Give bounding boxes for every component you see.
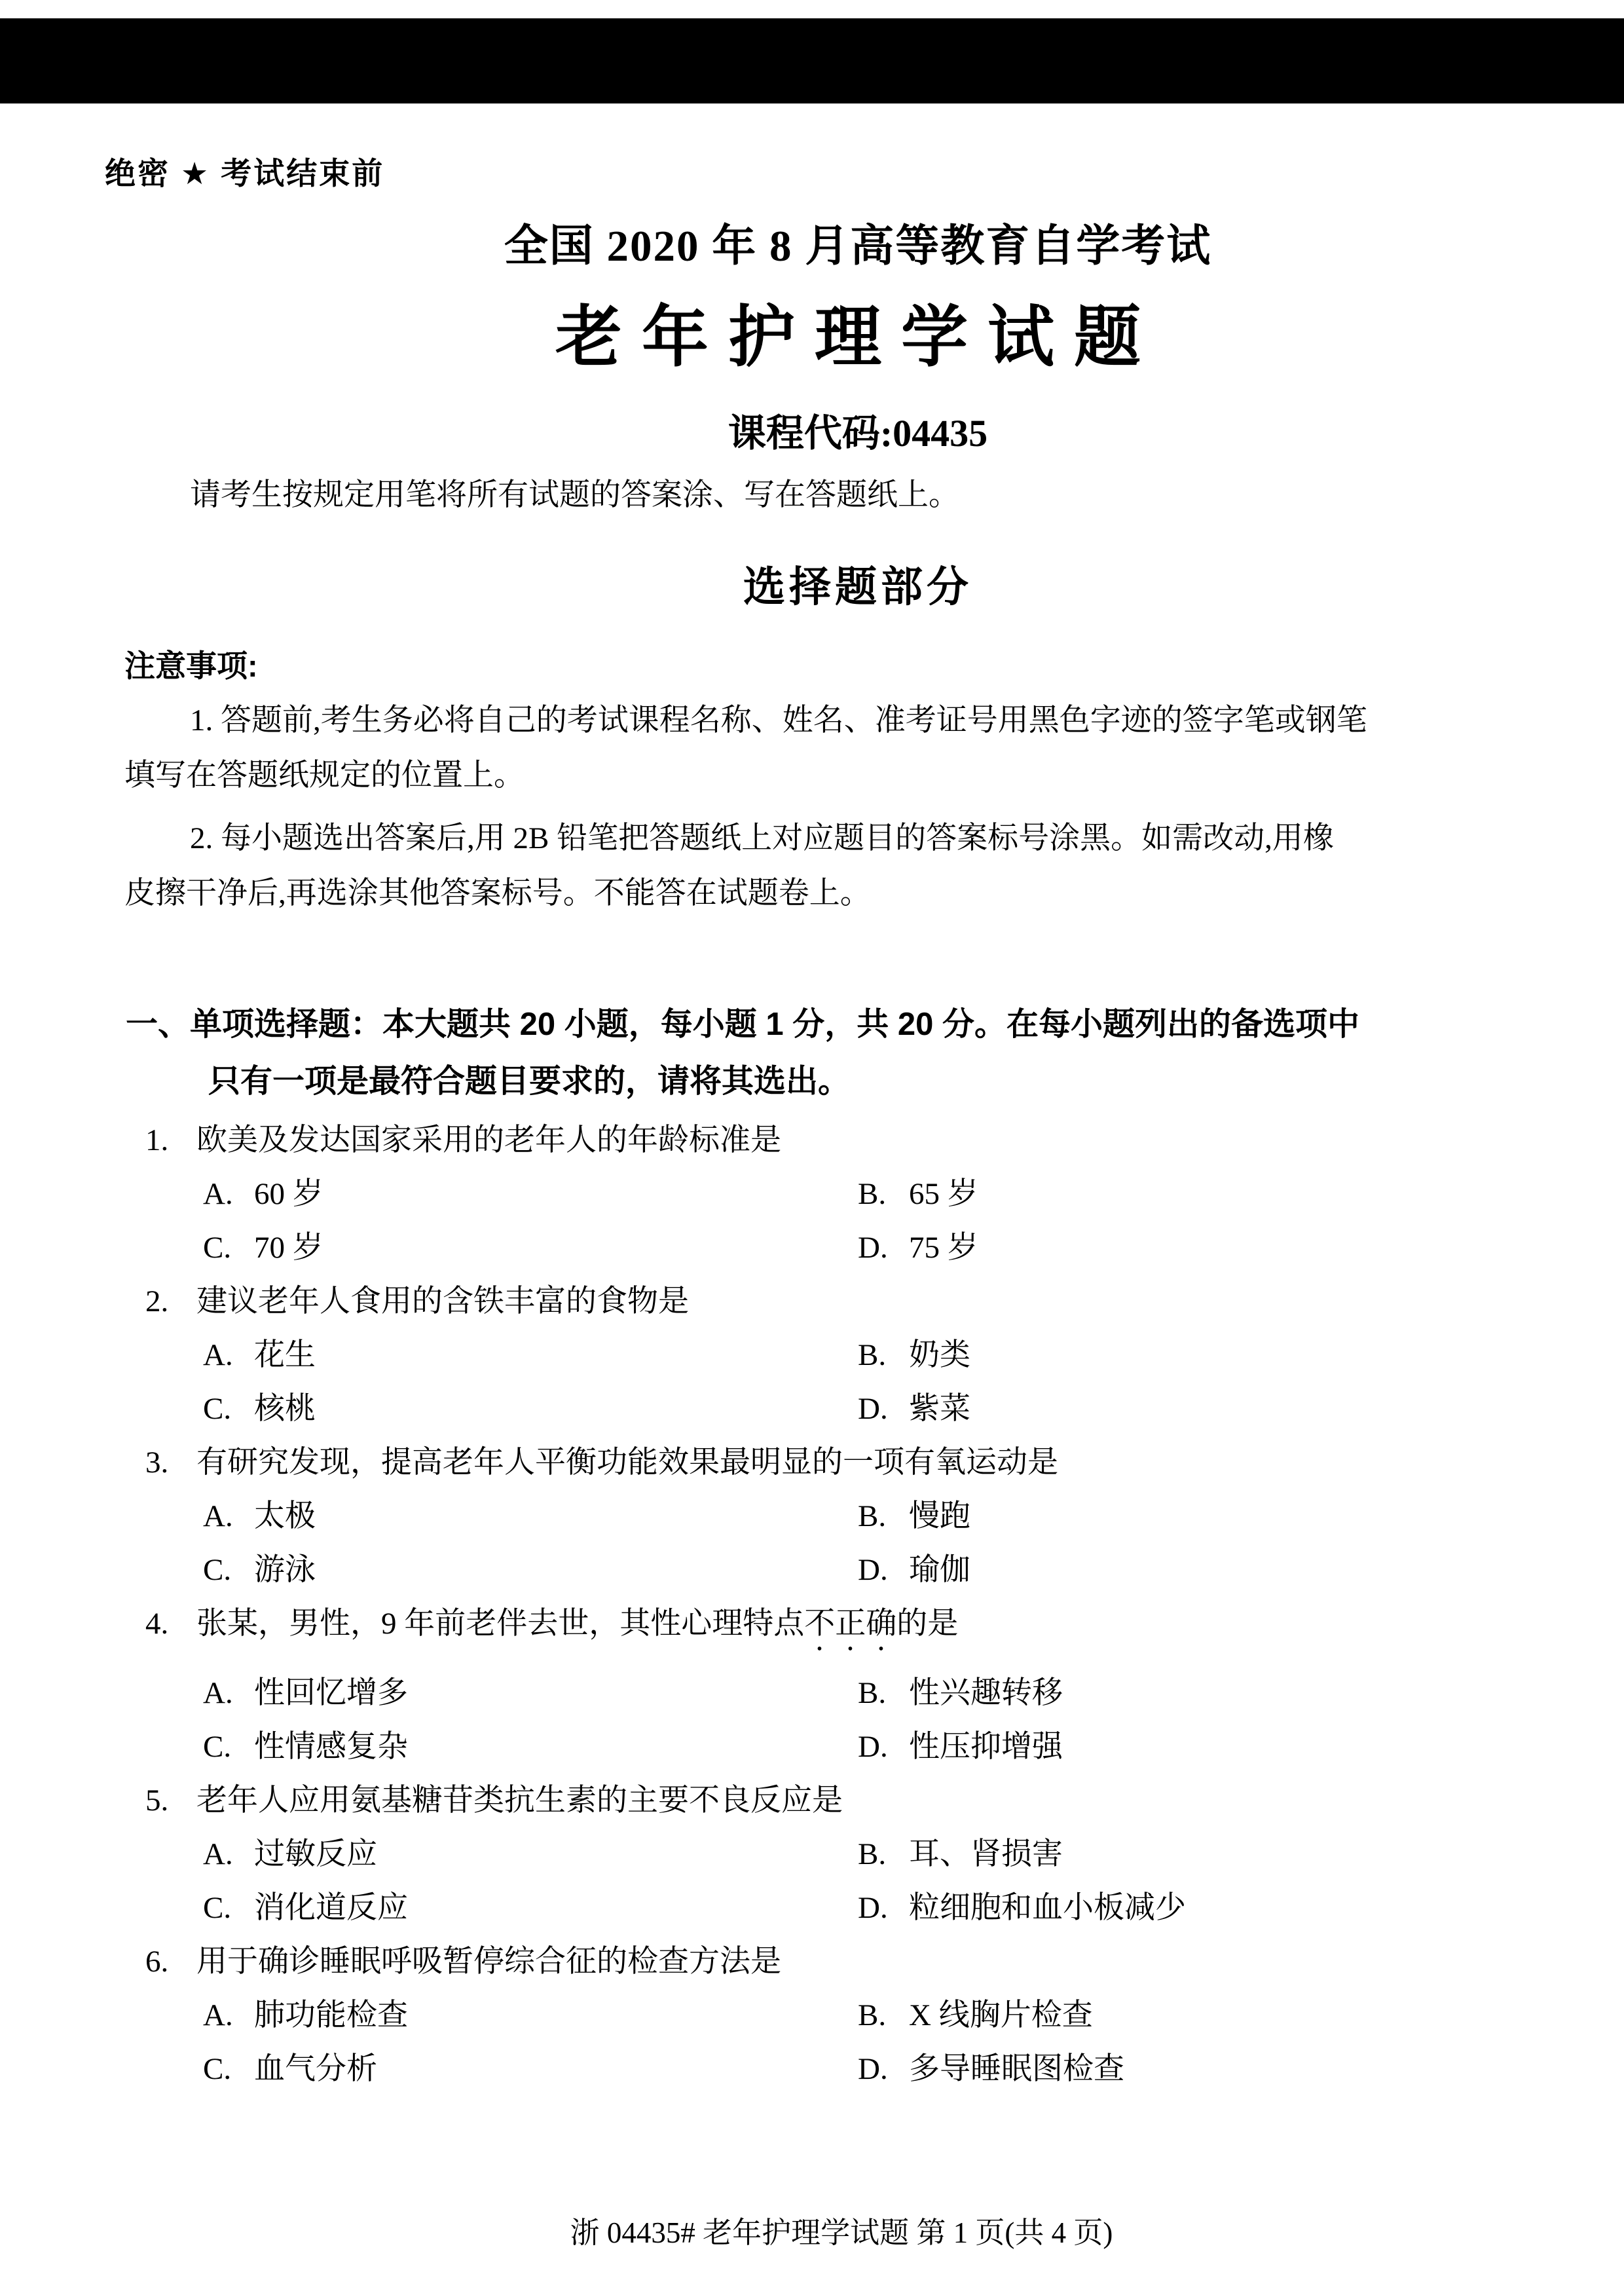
question-number: 4. <box>145 1597 196 1651</box>
option-text: 70 岁 <box>254 1231 323 1265</box>
question-number: 2. <box>145 1275 196 1328</box>
classified-label: 绝密 ★ 考试结束前 <box>105 149 384 193</box>
notice-2-line-2: 皮擦干净后,再选涂其他答案标号。不能答在试题卷上。 <box>124 868 871 912</box>
option-text: 性压抑增强 <box>909 1730 1063 1764</box>
option: A.花生 <box>203 1328 858 1382</box>
option-row: A.花生 B.奶类 <box>0 1328 1624 1382</box>
option-label: A. <box>203 1489 254 1543</box>
option: B.X 线胸片检查 <box>858 1988 1093 2042</box>
question-stem: 老年人应用氨基糖苷类抗生素的主要不良反应是 <box>196 1783 843 1818</box>
option: A.性回忆增多 <box>203 1666 858 1720</box>
question-stem-suffix: 的是 <box>896 1607 958 1641</box>
option: C.消化道反应 <box>203 1881 858 1935</box>
option-text: 血气分析 <box>254 2052 377 2086</box>
notice-1-line-2: 填写在答题纸规定的位置上。 <box>124 751 525 794</box>
option-row: C.70 岁 D.75 岁 <box>0 1221 1624 1275</box>
option: D.性压抑增强 <box>858 1720 1063 1774</box>
option: C.性情感复杂 <box>203 1720 858 1774</box>
option-label: A. <box>203 1666 254 1720</box>
question-item: 2.建议老年人食用的含铁丰富的食物是 A.花生 B.奶类 C.核桃 D.紫菜 <box>0 1275 1624 1436</box>
question-stem: 建议老年人食用的含铁丰富的食物是 <box>196 1284 689 1318</box>
option-text: 性兴趣转移 <box>909 1676 1063 1710</box>
question-text: 1.欧美及发达国家采用的老年人的年龄标准是 <box>0 1113 1624 1167</box>
option-label: D. <box>858 1382 909 1436</box>
option-text: 肺功能检查 <box>254 1998 408 2032</box>
part-title: 选择题部分 <box>0 553 1624 614</box>
section-heading-line-2: 只有一项是最符合题目要求的，请将其选出。 <box>208 1056 850 1102</box>
option-row: C.游泳 D.瑜伽 <box>0 1543 1624 1597</box>
option-label: B. <box>858 1489 909 1543</box>
option-text: X 线胸片检查 <box>909 1998 1093 2032</box>
top-black-bar <box>0 18 1624 103</box>
option-text: 消化道反应 <box>254 1891 408 1925</box>
option: B.耳、肾损害 <box>858 1827 1063 1881</box>
question-text: 4.张某，男性，9 年前老伴去世，其性心理特点不正确的是 <box>0 1597 1624 1651</box>
option: D.紫菜 <box>858 1382 970 1436</box>
option-text: 多导睡眠图检查 <box>909 2052 1124 2086</box>
option-text: 瑜伽 <box>909 1553 970 1587</box>
question-number: 6. <box>145 1935 196 1988</box>
option: A.60 岁 <box>203 1167 858 1221</box>
option: D.瑜伽 <box>858 1543 970 1597</box>
option-label: D. <box>858 1881 909 1935</box>
option: B.性兴趣转移 <box>858 1666 1063 1720</box>
course-code: 课程代码:04435 <box>92 402 1624 457</box>
option-label: C. <box>203 2042 254 2096</box>
option-text: 奶类 <box>909 1338 970 1372</box>
option-text: 粒细胞和血小板减少 <box>909 1891 1186 1925</box>
option-text: 耳、肾损害 <box>909 1837 1063 1871</box>
option-row: A.60 岁 B.65 岁 <box>0 1167 1624 1221</box>
option-label: C. <box>203 1221 254 1275</box>
option-label: D. <box>858 2042 909 2096</box>
option-row: C.核桃 D.紫菜 <box>0 1382 1624 1436</box>
option-row: C.消化道反应 D.粒细胞和血小板减少 <box>0 1881 1624 1935</box>
question-text: 5.老年人应用氨基糖苷类抗生素的主要不良反应是 <box>0 1774 1624 1827</box>
option-label: B. <box>858 1167 909 1221</box>
option: C.游泳 <box>203 1543 858 1597</box>
option-text: 紫菜 <box>909 1392 970 1426</box>
option-label: D. <box>858 1221 909 1275</box>
option: C.70 岁 <box>203 1221 858 1275</box>
option: C.血气分析 <box>203 2042 858 2096</box>
question-stem: 用于确诊睡眠呼吸暂停综合征的检查方法是 <box>196 1945 781 1979</box>
question-number: 1. <box>145 1113 196 1167</box>
page-footer: 浙 04435# 老年护理学试题 第 1 页(共 4 页) <box>0 2209 1624 2251</box>
exam-page: 绝密 ★ 考试结束前 全国 2020 年 8 月高等教育自学考试 老年护理学试题… <box>0 0 1624 2276</box>
option-text: 花生 <box>254 1338 316 1372</box>
option: A.肺功能检查 <box>203 1988 858 2042</box>
question-text: 2.建议老年人食用的含铁丰富的食物是 <box>0 1275 1624 1328</box>
option-label: A. <box>203 1827 254 1881</box>
option-row: A.肺功能检查 B.X 线胸片检查 <box>0 1988 1624 2042</box>
option-text: 性回忆增多 <box>254 1676 408 1710</box>
option-text: 60 岁 <box>254 1177 323 1211</box>
option-label: C. <box>203 1720 254 1774</box>
question-item: 4.张某，男性，9 年前老伴去世，其性心理特点不正确的是 A.性回忆增多 B.性… <box>0 1597 1624 1774</box>
option-row: C.性情感复杂 D.性压抑增强 <box>0 1720 1624 1774</box>
question-item: 3.有研究发现，提高老年人平衡功能效果最明显的一项有氧运动是 A.太极 B.慢跑… <box>0 1436 1624 1597</box>
notice-2-line-1: 2. 每小题选出答案后,用 2B 铅笔把答题纸上对应题目的答案标号涂黑。如需改动… <box>190 813 1334 857</box>
option: D.粒细胞和血小板减少 <box>858 1881 1186 1935</box>
notice-1-line-1: 1. 答题前,考生务必将自己的考试课程名称、姓名、准考证号用黑色字迹的签字笔或钢… <box>190 696 1367 739</box>
option-text: 慢跑 <box>909 1499 970 1533</box>
option-row: A.过敏反应 B.耳、肾损害 <box>0 1827 1624 1881</box>
question-item: 6.用于确诊睡眠呼吸暂停综合征的检查方法是 A.肺功能检查 B.X 线胸片检查 … <box>0 1935 1624 2096</box>
option-label: B. <box>858 1988 909 2042</box>
option: C.核桃 <box>203 1382 858 1436</box>
option-text: 太极 <box>254 1499 316 1533</box>
option: B.慢跑 <box>858 1489 970 1543</box>
option: D.75 岁 <box>858 1221 978 1275</box>
option-label: A. <box>203 1988 254 2042</box>
option-row: A.性回忆增多 B.性兴趣转移 <box>0 1666 1624 1720</box>
option-text: 核桃 <box>254 1392 316 1426</box>
option-text: 75 岁 <box>909 1231 978 1265</box>
section-heading-line-1: 一、单项选择题：本大题共 20 小题，每小题 1 分，共 20 分。在每小题列出… <box>126 999 1359 1045</box>
notice-heading: 注意事项: <box>124 642 258 686</box>
option-label: C. <box>203 1881 254 1935</box>
option-label: B. <box>858 1328 909 1382</box>
question-text: 6.用于确诊睡眠呼吸暂停综合征的检查方法是 <box>0 1935 1624 1988</box>
option: B.65 岁 <box>858 1167 978 1221</box>
option-label: C. <box>203 1543 254 1597</box>
option-text: 游泳 <box>254 1553 316 1587</box>
option-label: B. <box>858 1666 909 1720</box>
question-stem: 张某，男性，9 年前老伴去世，其性心理特点 <box>196 1607 804 1641</box>
question-text: 3.有研究发现，提高老年人平衡功能效果最明显的一项有氧运动是 <box>0 1436 1624 1489</box>
question-number: 5. <box>145 1774 196 1827</box>
question-stem: 欧美及发达国家采用的老年人的年龄标准是 <box>196 1123 781 1157</box>
answer-sheet-note: 请考生按规定用笔将所有试题的答案涂、写在答题纸上。 <box>0 470 1624 514</box>
option: B.奶类 <box>858 1328 970 1382</box>
exam-subject-title: 老年护理学试题 <box>92 284 1624 380</box>
option-label: D. <box>858 1543 909 1597</box>
question-item: 1.欧美及发达国家采用的老年人的年龄标准是 A.60 岁 B.65 岁 C.70… <box>0 1113 1624 1275</box>
option-text: 65 岁 <box>909 1177 978 1211</box>
exam-header: 全国 2020 年 8 月高等教育自学考试 老年护理学试题 课程代码:04435 <box>0 211 1624 457</box>
option-row: C.血气分析 D.多导睡眠图检查 <box>0 2042 1624 2096</box>
question-number: 3. <box>145 1436 196 1489</box>
question-stem-emphasis: 不正确 <box>804 1607 896 1641</box>
question-stem: 有研究发现，提高老年人平衡功能效果最明显的一项有氧运动是 <box>196 1446 1058 1480</box>
option-label: A. <box>203 1167 254 1221</box>
option: D.多导睡眠图检查 <box>858 2042 1124 2096</box>
question-item: 5.老年人应用氨基糖苷类抗生素的主要不良反应是 A.过敏反应 B.耳、肾损害 C… <box>0 1774 1624 1935</box>
question-list: 1.欧美及发达国家采用的老年人的年龄标准是 A.60 岁 B.65 岁 C.70… <box>0 1113 1624 2096</box>
option-label: C. <box>203 1382 254 1436</box>
option: A.过敏反应 <box>203 1827 858 1881</box>
option: A.太极 <box>203 1489 858 1543</box>
option-text: 性情感复杂 <box>254 1730 408 1764</box>
option-row: A.太极 B.慢跑 <box>0 1489 1624 1543</box>
option-text: 过敏反应 <box>254 1837 377 1871</box>
option-label: B. <box>858 1827 909 1881</box>
option-label: D. <box>858 1720 909 1774</box>
exam-title: 全国 2020 年 8 月高等教育自学考试 <box>92 211 1624 274</box>
option-label: A. <box>203 1328 254 1382</box>
